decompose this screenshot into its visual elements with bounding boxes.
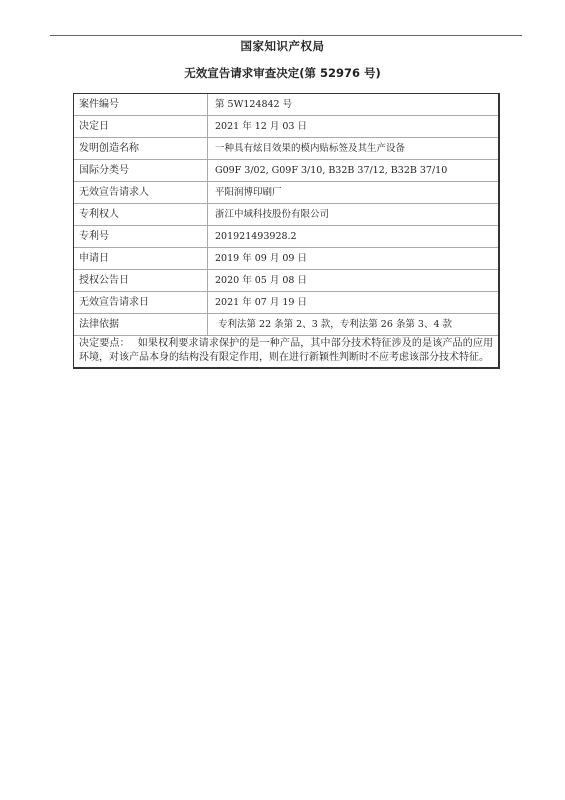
row-case-number: 案件编号 第 5W124842 号 [74,94,498,116]
label-decision-date: 决定日 [74,116,208,137]
decision-info-table: 案件编号 第 5W124842 号 决定日 2021 年 12 月 03 日 发… [73,93,500,369]
row-petitioner: 无效宣告请求人 平阳润博印刷厂 [74,182,498,204]
label-invention-title: 发明创造名称 [74,138,208,159]
label-request-date: 无效宣告请求日 [74,292,208,313]
value-invention-title: 一种具有炫目效果的模内贴标签及其生产设备 [208,138,498,159]
row-invention-title: 发明创造名称 一种具有炫目效果的模内贴标签及其生产设备 [74,138,498,160]
document-title: 无效宣告请求审查决定(第 52976 号) [0,65,565,81]
value-patentee: 浙江中域科技股份有限公司 [208,204,498,225]
label-grant-date: 授权公告日 [74,270,208,291]
issuing-organization: 国家知识产权局 [0,38,565,54]
label-ipc: 国际分类号 [74,160,208,181]
decision-points-label: 决定要点： [79,338,130,349]
label-petitioner: 无效宣告请求人 [74,182,208,203]
row-patentee: 专利权人 浙江中域科技股份有限公司 [74,204,498,226]
row-grant-date: 授权公告日 2020 年 05 月 08 日 [74,270,498,292]
value-filing-date: 2019 年 09 月 09 日 [208,248,498,269]
label-case-number: 案件编号 [74,94,208,115]
label-filing-date: 申请日 [74,248,208,269]
row-filing-date: 申请日 2019 年 09 月 09 日 [74,248,498,270]
row-legal-basis: 法律依据 专利法第 22 条第 2、3 款，专利法第 26 条第 3、4 款 [74,314,498,336]
value-case-number: 第 5W124842 号 [208,94,498,115]
value-legal-basis: 专利法第 22 条第 2、3 款，专利法第 26 条第 3、4 款 [208,314,498,335]
row-ipc: 国际分类号 G09F 3/02, G09F 3/10, B32B 37/12, … [74,160,498,182]
value-grant-date: 2020 年 05 月 08 日 [208,270,498,291]
row-request-date: 无效宣告请求日 2021 年 07 月 19 日 [74,292,498,314]
decision-points-text: 如果权利要求请求保护的是一种产品，其中部分技术特征涉及的是该产品的应用环境，对该… [79,338,493,363]
value-petitioner: 平阳润博印刷厂 [208,182,498,203]
value-patent-number: 201921493928.2 [208,226,498,247]
row-decision-date: 决定日 2021 年 12 月 03 日 [74,116,498,138]
row-patent-number: 专利号 201921493928.2 [74,226,498,248]
value-decision-date: 2021 年 12 月 03 日 [208,116,498,137]
label-patent-number: 专利号 [74,226,208,247]
value-ipc: G09F 3/02, G09F 3/10, B32B 37/12, B32B 3… [208,160,498,181]
header-rule [50,35,522,36]
value-request-date: 2021 年 07 月 19 日 [208,292,498,313]
label-legal-basis: 法律依据 [74,314,208,335]
decision-points: 决定要点：如果权利要求请求保护的是一种产品，其中部分技术特征涉及的是该产品的应用… [74,336,498,367]
label-patentee: 专利权人 [74,204,208,225]
